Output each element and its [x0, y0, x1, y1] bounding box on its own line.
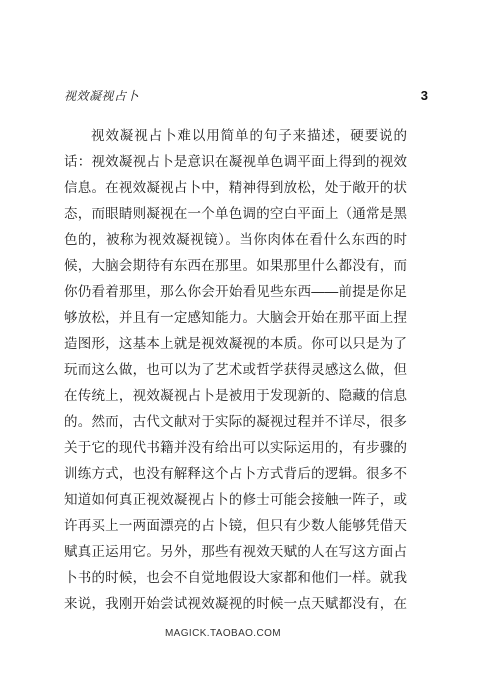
body-text-line: 候，大脑会期待有东西在那里。如果那里什么都没有，而: [64, 253, 407, 279]
body-text-line: 许再买上一两面漂亮的占卜镜，但只有少数人能够凭借天: [64, 513, 407, 539]
body-text-line: 视效凝视占卜难以用简单的句子来描述，硬要说的: [64, 123, 407, 149]
body-text-line: 训练方式，也没有解释这个占卜方式背后的逻辑。很多不: [64, 461, 407, 487]
body-text-line: 玩而这么做，也可以为了艺术或哲学获得灵感这么做，但: [64, 357, 407, 383]
footer-watermark: MAGICK.TAOBAO.COM: [130, 628, 316, 639]
body-text-line: 色的，被称为视效凝视镜）。当你肉体在看什么东西的时: [64, 227, 407, 253]
body-text-line: 造图形，这基本上就是视效凝视的本质。你可以只是为了: [64, 331, 407, 357]
body-text-line: 在传统上，视效凝视占卜是被用于发现新的、隐藏的信息: [64, 383, 407, 409]
book-page: 视效凝视占卜 3 视效凝视占卜难以用简单的句子来描述，硬要说的话：视效凝视占卜是…: [0, 0, 492, 675]
body-text-line: 关于它的现代书籍并没有给出可以实际运用的，有步骤的: [64, 435, 407, 461]
body-text-line: 卜书的时候，也会不自觉地假设大家都和他们一样。就我: [64, 565, 407, 591]
body-text-line: 信息。在视效凝视占卜中，精神得到放松，处于敞开的状: [64, 175, 407, 201]
body-text-line: 话：视效凝视占卜是意识在凝视单色调平面上得到的视效: [64, 149, 407, 175]
running-title: 视效凝视占卜: [64, 87, 139, 104]
body-text-line: 你仍看着那里，那么你会开始看见些东西——前提是你足: [64, 279, 407, 305]
page-header: 视效凝视占卜 3: [64, 87, 428, 104]
body-text-line: 来说，我刚开始尝试视效凝视的时候一点天赋都没有，在: [64, 591, 407, 617]
page-number: 3: [421, 88, 428, 103]
body-text-line: 态，而眼睛则凝视在一个单色调的空白平面上（通常是黑: [64, 201, 407, 227]
body-text-line: 知道如何真正视效凝视占卜的修士可能会接触一阵子，或: [64, 487, 407, 513]
body-paragraph: 视效凝视占卜难以用简单的句子来描述，硬要说的话：视效凝视占卜是意识在凝视单色调平…: [64, 123, 407, 617]
body-text-line: 的。然而，古代文献对于实际的凝视过程并不详尽，很多: [64, 409, 407, 435]
body-text-line: 够放松，并且有一定感知能力。大脑会开始在那平面上捏: [64, 305, 407, 331]
body-text-line: 赋真正运用它。另外，那些有视效天赋的人在写这方面占: [64, 539, 407, 565]
